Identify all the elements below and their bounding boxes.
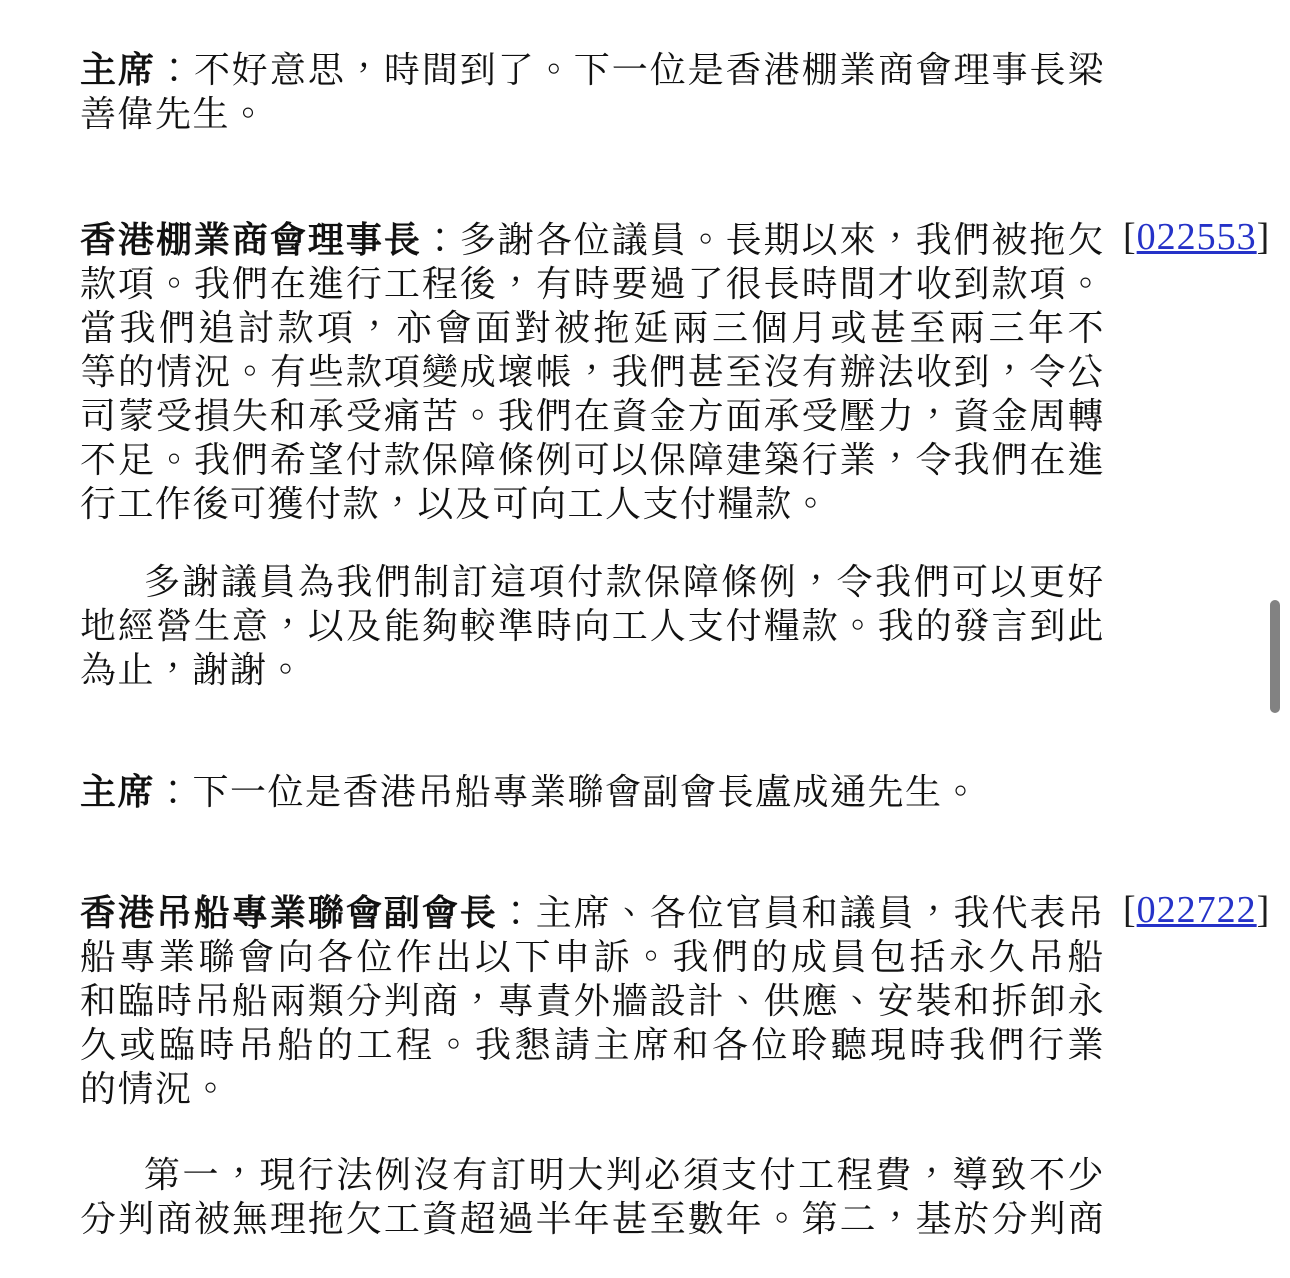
timestamp-reference: [022722] bbox=[1123, 888, 1270, 932]
text-line: 主席：不好意思，時間到了。下一位是香港棚業商會理事長梁 bbox=[80, 48, 1105, 92]
text-line: 主席：下一位是香港吊船專業聯會副會長盧成通先生。 bbox=[80, 770, 1105, 814]
text-line: 行工作後可獲付款，以及可向工人支付糧款。 bbox=[80, 482, 1105, 526]
text-line: 司蒙受損失和承受痛苦。我們在資金方面承受壓力，資金周轉 bbox=[80, 394, 1105, 438]
text-line: 分判商被無理拖欠工資超過半年甚至數年。第二，基於分判商 bbox=[80, 1197, 1105, 1241]
speech-paragraph-chairman-1: 主席：不好意思，時間到了。下一位是香港棚業商會理事長梁 善偉先生。 bbox=[80, 48, 1105, 136]
speech-paragraph-chairman-2: 主席：下一位是香港吊船專業聯會副會長盧成通先生。 bbox=[80, 770, 1105, 814]
line-text: ：主席、各位官員和議員，我代表吊 bbox=[498, 893, 1105, 933]
bracket-close: ] bbox=[1257, 216, 1271, 258]
text-line: 善偉先生。 bbox=[80, 92, 1105, 136]
timestamp-link[interactable]: 022553 bbox=[1137, 216, 1257, 258]
bracket-open: [ bbox=[1123, 889, 1137, 931]
text-line: 當我們追討款項，亦會面對被拖延兩三個月或甚至兩三年不 bbox=[80, 306, 1105, 350]
text-line: 的情況。 bbox=[80, 1067, 1105, 1111]
text-line: 不足。我們希望付款保障條例可以保障建築行業，令我們在進 bbox=[80, 438, 1105, 482]
scrollbar-thumb[interactable] bbox=[1270, 600, 1280, 713]
text-line: 久或臨時吊船的工程。我懇請主席和各位聆聽現時我們行業 bbox=[80, 1023, 1105, 1067]
text-line: 香港吊船專業聯會副會長：主席、各位官員和議員，我代表吊 bbox=[80, 891, 1105, 935]
speaker-label: 香港吊船專業聯會副會長 bbox=[80, 893, 498, 933]
speaker-label: 主席 bbox=[80, 772, 155, 812]
text-line: 船專業聯會向各位作出以下申訴。我們的成員包括永久吊船 bbox=[80, 935, 1105, 979]
speech-paragraph-scaffolding-continued: 多謝議員為我們制訂這項付款保障條例，令我們可以更好 地經營生意，以及能夠較準時向… bbox=[80, 560, 1105, 692]
speech-paragraph-gondola-vice-chairman: 香港吊船專業聯會副會長：主席、各位官員和議員，我代表吊 船專業聯會向各位作出以下… bbox=[80, 891, 1105, 1111]
speech-paragraph-scaffolding-chairman: 香港棚業商會理事長：多謝各位議員。長期以來，我們被拖欠 款項。我們在進行工程後，… bbox=[80, 218, 1105, 526]
speaker-label: 香港棚業商會理事長 bbox=[80, 220, 422, 260]
timestamp-reference: [022553] bbox=[1123, 215, 1270, 259]
line-text: ：多謝各位議員。長期以來，我們被拖欠 bbox=[422, 220, 1105, 260]
text-line: 多謝議員為我們制訂這項付款保障條例，令我們可以更好 bbox=[80, 560, 1105, 604]
text-line: 香港棚業商會理事長：多謝各位議員。長期以來，我們被拖欠 bbox=[80, 218, 1105, 262]
speech-paragraph-gondola-continued: 第一，現行法例沒有訂明大判必須支付工程費，導致不少 分判商被無理拖欠工資超過半年… bbox=[80, 1153, 1105, 1241]
line-text: ：不好意思，時間到了。下一位是香港棚業商會理事長梁 bbox=[156, 50, 1105, 90]
bracket-close: ] bbox=[1257, 889, 1271, 931]
line-text: ：下一位是香港吊船專業聯會副會長盧成通先生。 bbox=[155, 772, 980, 812]
text-line: 款項。我們在進行工程後，有時要過了很長時間才收到款項。 bbox=[80, 262, 1105, 306]
timestamp-link[interactable]: 022722 bbox=[1137, 889, 1257, 931]
speaker-label: 主席 bbox=[80, 50, 156, 90]
bracket-open: [ bbox=[1123, 216, 1137, 258]
text-line: 第一，現行法例沒有訂明大判必須支付工程費，導致不少 bbox=[80, 1153, 1105, 1197]
text-line: 地經營生意，以及能夠較準時向工人支付糧款。我的發言到此 bbox=[80, 604, 1105, 648]
text-line: 和臨時吊船兩類分判商，專責外牆設計、供應、安裝和拆卸永 bbox=[80, 979, 1105, 1023]
text-line: 等的情況。有些款項變成壞帳，我們甚至沒有辦法收到，令公 bbox=[80, 350, 1105, 394]
transcript-page: 主席：不好意思，時間到了。下一位是香港棚業商會理事長梁 善偉先生。 香港棚業商會… bbox=[0, 0, 1290, 1278]
text-line: 為止，謝謝。 bbox=[80, 648, 1105, 692]
